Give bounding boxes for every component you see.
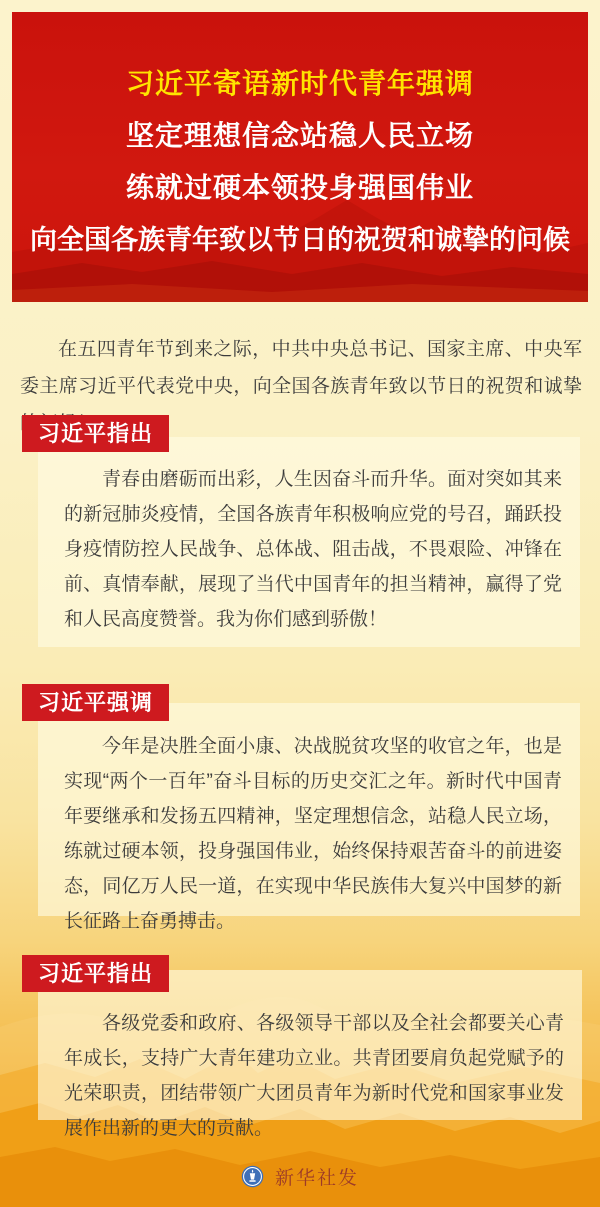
section-2-badge: 习近平强调 xyxy=(22,684,169,721)
section-2-quote-text: 今年是决胜全面小康、决战脱贫攻坚的收官之年，也是实现“两个一百年”奋斗目标的历史… xyxy=(64,729,562,939)
section-3-badge: 习近平指出 xyxy=(22,955,169,992)
section-3-quote-text: 各级党委和政府、各级领导干部以及全社会都要关心青年成长，支持广大青年建功立业。共… xyxy=(64,1006,564,1146)
xinhua-logo-icon xyxy=(241,1165,264,1188)
banner-headline: 习近平寄语新时代青年强调 坚定理想信念站稳人民立场 练就过硬本领投身强国伟业 向… xyxy=(12,12,588,266)
red-banner: 习近平寄语新时代青年强调 坚定理想信念站稳人民立场 练就过硬本领投身强国伟业 向… xyxy=(12,12,588,302)
headline-line-3: 练就过硬本领投身强国伟业 xyxy=(12,162,588,214)
poster-page: 习近平寄语新时代青年强调 坚定理想信念站稳人民立场 练就过硬本领投身强国伟业 向… xyxy=(0,0,600,1207)
section-2-quote-box: 今年是决胜全面小康、决战脱贫攻坚的收官之年，也是实现“两个一百年”奋斗目标的历史… xyxy=(38,703,580,916)
section-1-badge: 习近平指出 xyxy=(22,415,169,452)
headline-line-2: 坚定理想信念站稳人民立场 xyxy=(12,110,588,162)
section-1-quote-box: 青春由磨砺而出彩，人生因奋斗而升华。面对突如其来的新冠肺炎疫情，全国各族青年积极… xyxy=(38,437,580,647)
headline-line-1: 习近平寄语新时代青年强调 xyxy=(12,58,588,110)
headline-line-4: 向全国各族青年致以节日的祝贺和诚挚的问候 xyxy=(12,214,588,266)
footer-credit-text: 新华社发 xyxy=(275,1163,359,1190)
section-1-quote-text: 青春由磨砺而出彩，人生因奋斗而升华。面对突如其来的新冠肺炎疫情，全国各族青年积极… xyxy=(64,462,562,637)
footer: 新华社发 xyxy=(0,1163,600,1190)
section-3-quote-box: 各级党委和政府、各级领导干部以及全社会都要关心青年成长，支持广大青年建功立业。共… xyxy=(38,970,582,1120)
